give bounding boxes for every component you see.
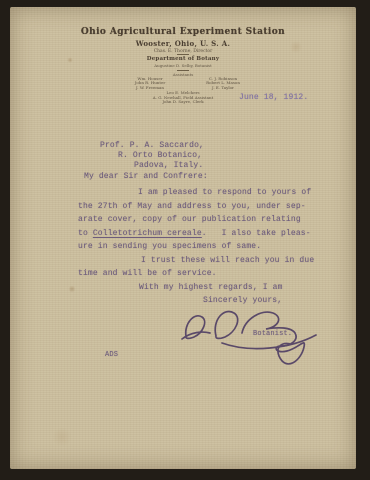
salutation: My dear Sir and Confrere: [84,172,208,181]
signature-title: Botanist. [253,330,292,338]
letterhead-assistants-right-column: C. J. Robinson Robert L. Mason J. E. Tay… [178,77,268,90]
letterhead-station-name: Ohio Agricultural Experiment Station [10,27,356,37]
letter-paper: Ohio Agricultural Experiment Station Woo… [10,7,356,469]
scanned-letter-page: { "letterhead": { "station": "Ohio Agric… [0,0,370,480]
body-line: arate cover, copy of our publication rel… [78,215,301,224]
body-text: . I also take pleas- [202,229,311,238]
letterhead-divider-rule-2 [177,70,189,71]
signature-ink-strokes [178,300,322,376]
letterhead-location: Wooster, Ohio, U. S. A. [10,39,356,48]
typist-initials: ADS [105,351,118,359]
body-line: the 27th of May and address to you, unde… [78,202,306,211]
body-line: ure in sending you specimens of same. [78,242,261,251]
letterhead-divider-rule [177,54,189,55]
body-line: time and will be of service. [78,269,217,278]
body-text: to [78,229,93,238]
species-name-underlined: Colletotrichum cereale [93,229,202,238]
recipient-institution: R. Orto Botanico, [118,151,202,160]
letterhead-department-head: Augustine D. Selby, Botanist [10,63,356,68]
body-line: I am pleased to respond to yours of [138,188,311,197]
date-line: June 18, 1912. [239,93,308,102]
signature-autograph [178,300,322,376]
recipient-city: Padova, Italy. [134,161,203,170]
recipient-name: Prof. P. A. Saccardo, [100,141,204,150]
body-line: With my highest regards, I am [139,283,283,292]
letterhead-department: Department of Botany [10,56,356,62]
body-line: I trust these will reach you in due [141,256,314,265]
body-line: to Colletotrichum cereale. I also take p… [78,229,311,238]
